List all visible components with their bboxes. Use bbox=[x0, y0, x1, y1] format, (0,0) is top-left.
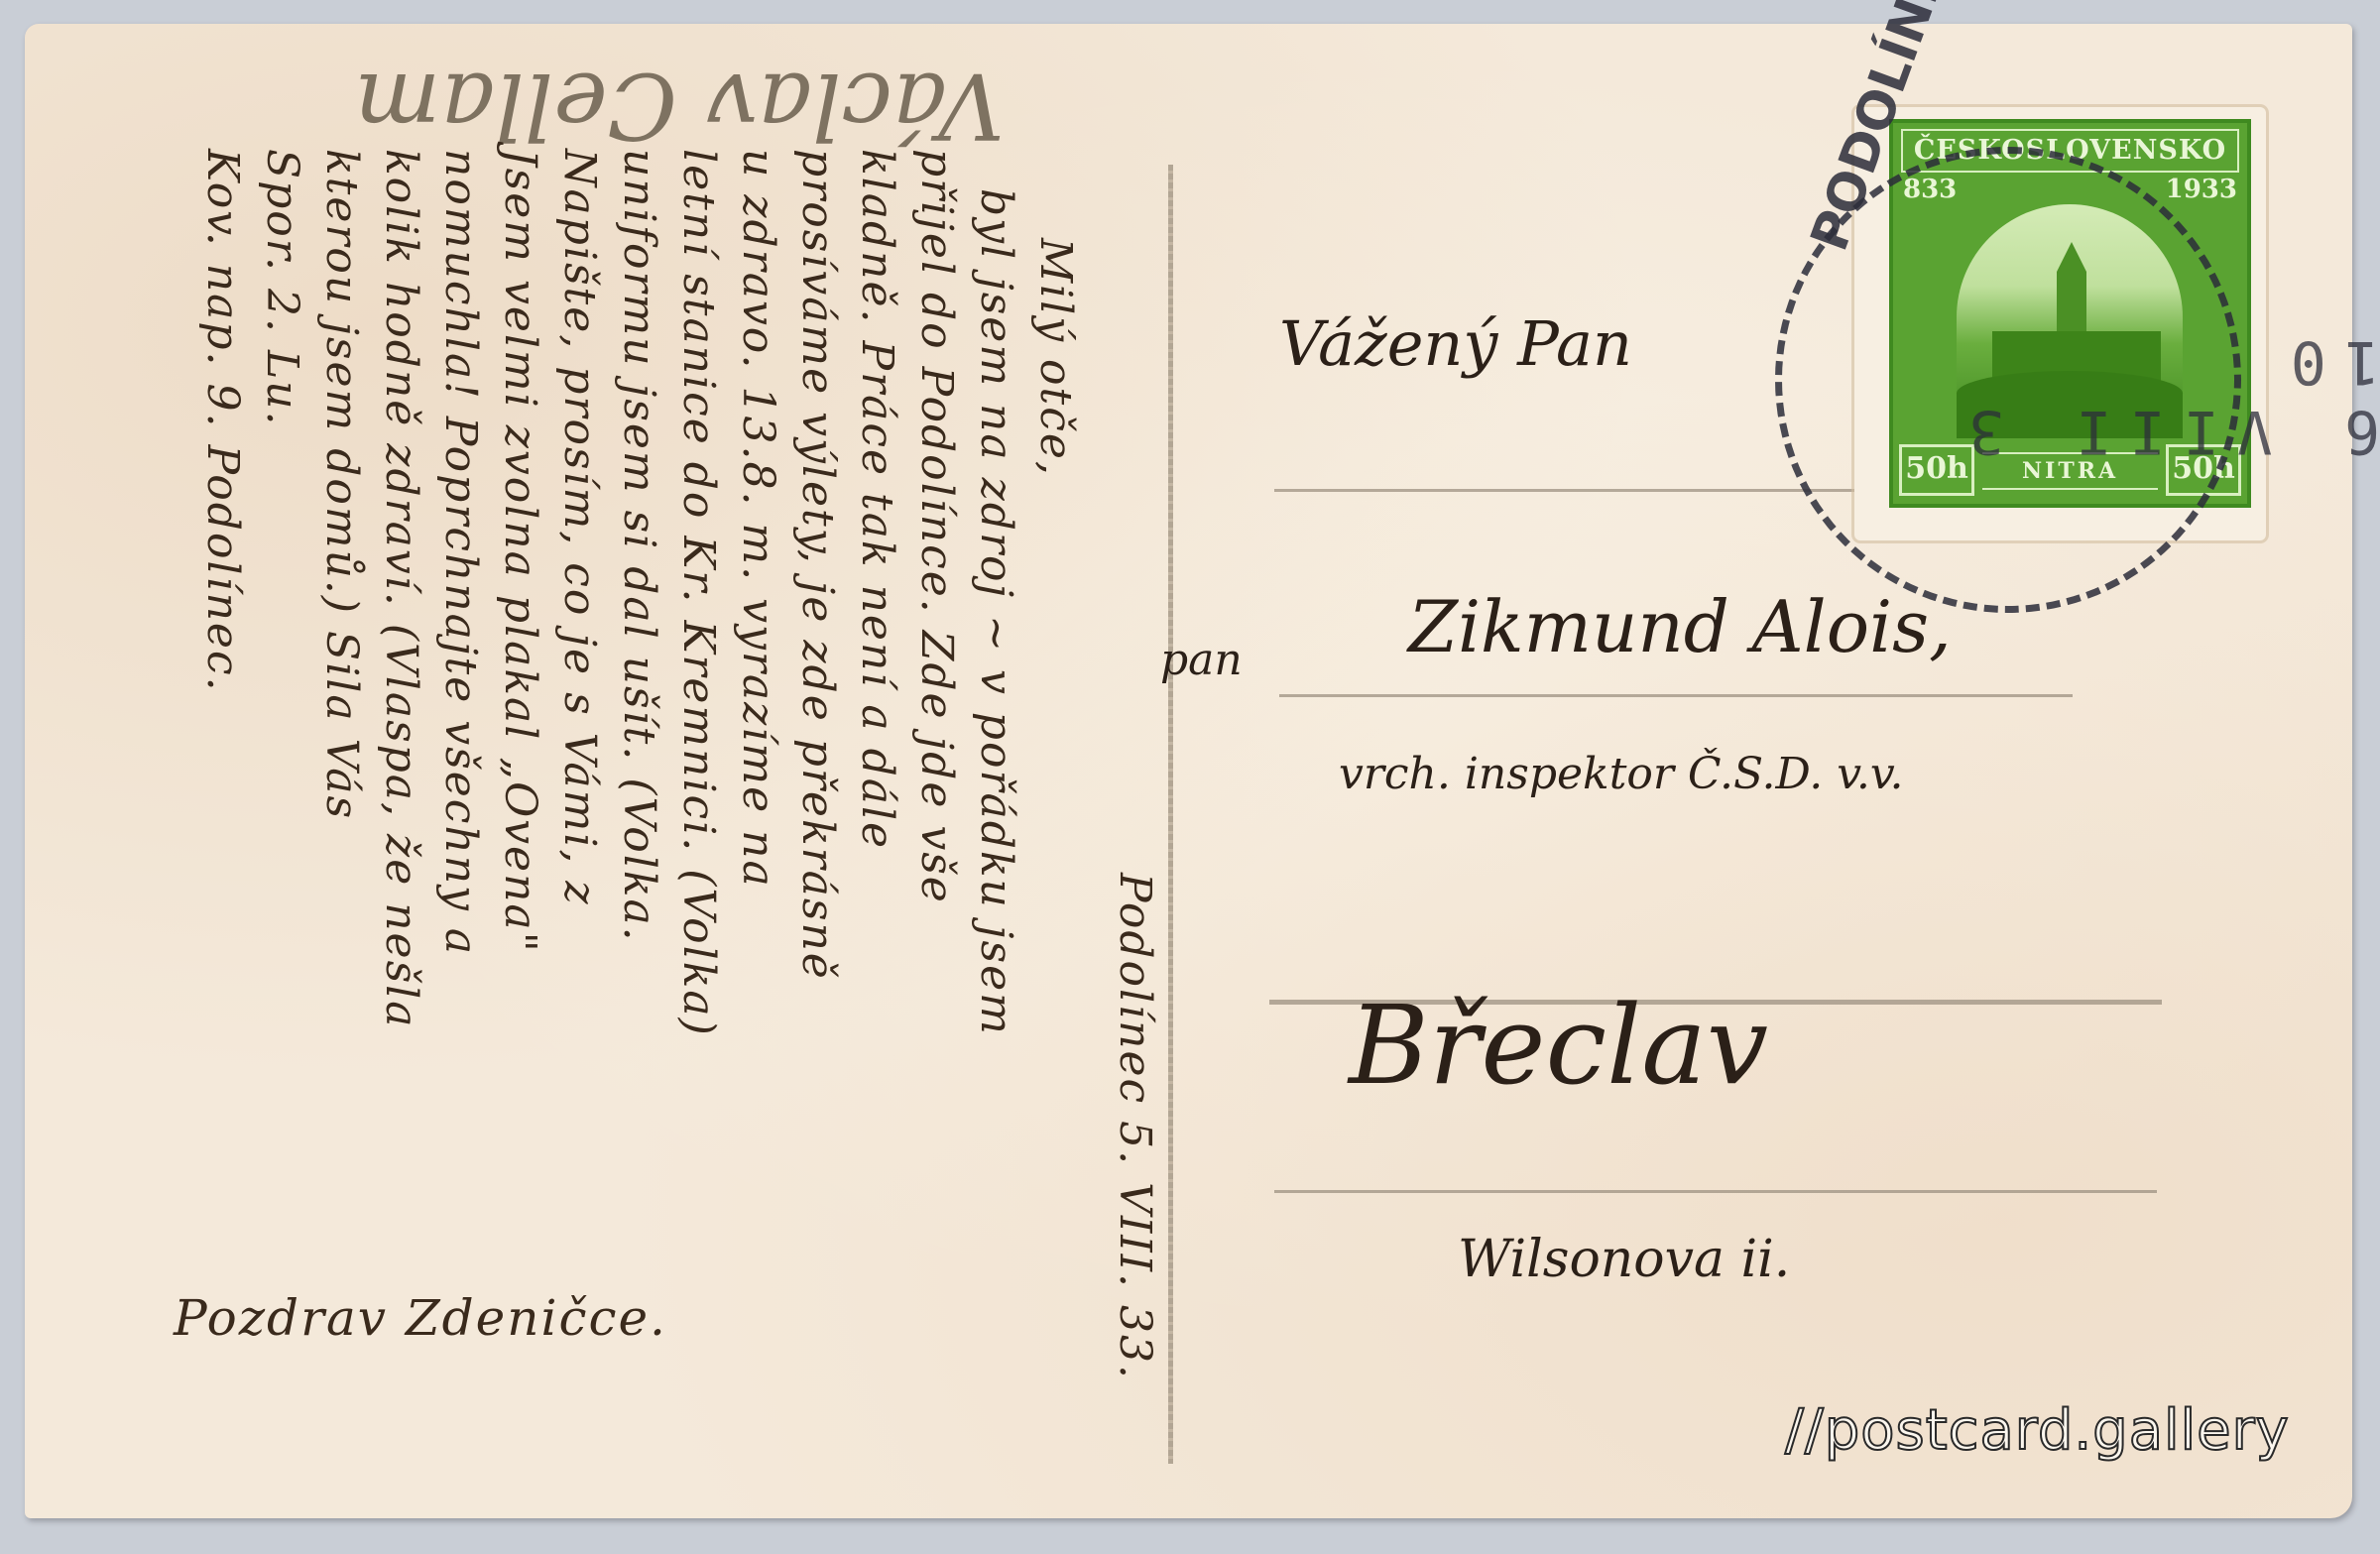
message-closing: Pozdrav Zdeničce. bbox=[174, 1289, 667, 1347]
message-line: prosíváme výlety, je zde překrásně bbox=[792, 149, 843, 981]
message-line: letní stanice do Kr. Kremnici. (Volka) bbox=[673, 149, 724, 1037]
message-line: nomuchla! Poprchnajte všechny a bbox=[435, 149, 486, 956]
message-line: kladně. Práce tak není a dále bbox=[852, 149, 902, 850]
message-line: přijel do Podolínce. Zde jde vše bbox=[911, 149, 962, 904]
message-line: kolik hodně zdraví. (Vlaspa, že nešla bbox=[376, 149, 426, 1028]
message-place-date: Podolínec 5. VIII. 33. bbox=[1110, 873, 1160, 1380]
address-line-2 bbox=[1279, 694, 2073, 697]
stamp-year-right: 1933 bbox=[2166, 175, 2237, 204]
message-line: uniformu jsem si dal ušít. (Volka. bbox=[614, 149, 664, 943]
upside-down-signature: Václav Cellam bbox=[268, 20, 1091, 159]
message-line: Milý otče, bbox=[1030, 238, 1081, 477]
message-line: Kov. nap. 9. Podolínec. bbox=[197, 149, 248, 693]
watermark: //postcard.gallery bbox=[1785, 1398, 2290, 1463]
message-line: Jsem velmi zvolna plakal „Ovena" bbox=[495, 149, 545, 954]
address-city: Břeclav bbox=[1349, 982, 1768, 1109]
address-title: vrch. inspektor Č.S.D. v.v. bbox=[1339, 749, 1903, 799]
message-line: Spor. 2. Lu. bbox=[257, 149, 307, 426]
message-line: kterou jsem domů.) Sila Vás bbox=[316, 149, 367, 820]
message-line: u zdravo. 13.8. m. vyrazíme na bbox=[733, 149, 783, 889]
postmark-date: 6 VIII 3 10 bbox=[1914, 327, 2380, 466]
address-name: Zikmund Alois, bbox=[1408, 585, 1952, 668]
center-divider-line bbox=[1168, 165, 1173, 1464]
address-street: Wilsonova ii. bbox=[1458, 1230, 1790, 1289]
message-line: Napište, prosím, co je s Vámi, z bbox=[554, 149, 605, 906]
address-line-4 bbox=[1274, 1190, 2157, 1193]
address-prefix: pan bbox=[1160, 635, 1243, 685]
message-line: byl jsem na zdroj ~ v pořádku jsem bbox=[971, 188, 1021, 1036]
address-salutation: Vážený Pan bbox=[1279, 307, 1632, 380]
